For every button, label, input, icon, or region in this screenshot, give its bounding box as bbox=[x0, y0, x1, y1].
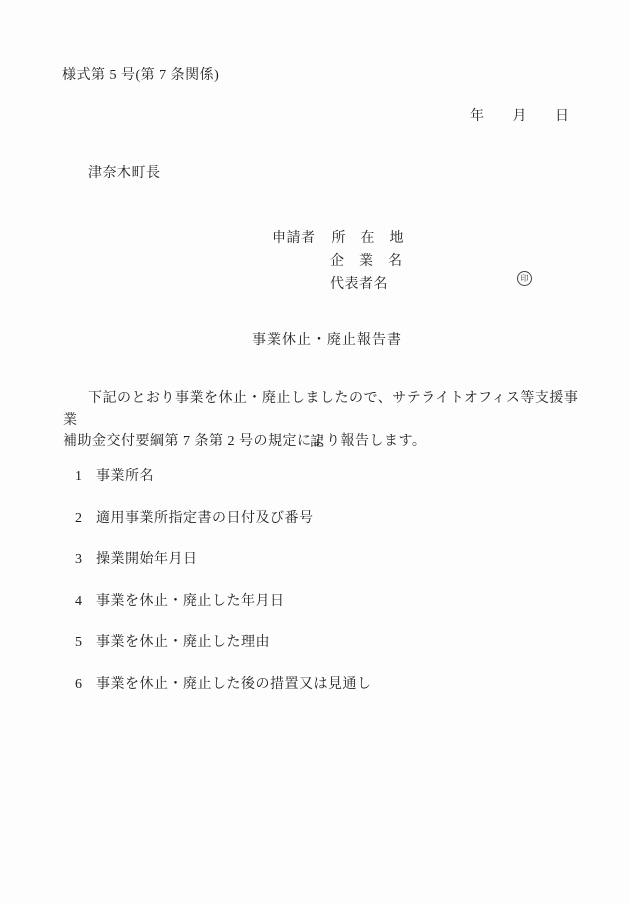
seal-mark: 印 bbox=[517, 271, 532, 286]
day-label: 日 bbox=[555, 105, 570, 125]
item-number: 5 bbox=[75, 635, 96, 650]
year-label: 年 bbox=[470, 105, 485, 125]
list-item: 6事業を休止・廃止した後の措置又は見通し bbox=[75, 677, 372, 692]
ki-heading: 記 bbox=[310, 431, 325, 451]
item-label: 操業開始年月日 bbox=[96, 552, 198, 567]
list-item: 5事業を休止・廃止した理由 bbox=[75, 635, 372, 650]
month-label: 月 bbox=[513, 105, 528, 125]
body-line-1: 下記のとおり事業を休止・廃止しましたので、サテライトオフィス等支援事業 bbox=[63, 388, 583, 431]
list-item: 3操業開始年月日 bbox=[75, 552, 372, 567]
list-item: 4事業を休止・廃止した年月日 bbox=[75, 594, 372, 609]
list-item: 1事業所名 bbox=[75, 469, 372, 484]
address-label: 所 在 地 bbox=[332, 227, 405, 250]
representative-label: 代表者名 bbox=[272, 273, 404, 296]
item-number: 2 bbox=[75, 511, 96, 526]
item-label: 事業を休止・廃止した後の措置又は見通し bbox=[96, 677, 372, 692]
item-label: 適用事業所指定書の日付及び番号 bbox=[96, 511, 314, 526]
applicant-label: 申請者 bbox=[272, 227, 316, 250]
applicant-block: 申請者 所 在 地 企 業 名 代表者名 bbox=[272, 227, 404, 296]
form-number: 様式第 5 号(第 7 条関係) bbox=[62, 64, 219, 84]
item-number: 6 bbox=[75, 677, 96, 692]
item-label: 事業を休止・廃止した年月日 bbox=[96, 594, 285, 609]
date-line: 年 月 日 bbox=[470, 105, 570, 125]
item-label: 事業を休止・廃止した理由 bbox=[96, 635, 270, 650]
applicant-row-address: 申請者 所 在 地 bbox=[272, 227, 404, 250]
list-item: 2適用事業所指定書の日付及び番号 bbox=[75, 511, 372, 526]
item-number: 1 bbox=[75, 469, 96, 484]
document-page: 様式第 5 号(第 7 条関係) 年 月 日 津奈木町長 申請者 所 在 地 企… bbox=[0, 0, 630, 903]
document-title: 事業休止・廃止報告書 bbox=[252, 329, 402, 349]
item-number: 3 bbox=[75, 552, 96, 567]
item-number: 4 bbox=[75, 594, 96, 609]
item-label: 事業所名 bbox=[96, 469, 154, 484]
addressee: 津奈木町長 bbox=[88, 162, 161, 182]
item-list: 1事業所名 2適用事業所指定書の日付及び番号 3操業開始年月日 4事業を休止・廃… bbox=[75, 469, 372, 692]
company-label: 企 業 名 bbox=[272, 250, 404, 273]
